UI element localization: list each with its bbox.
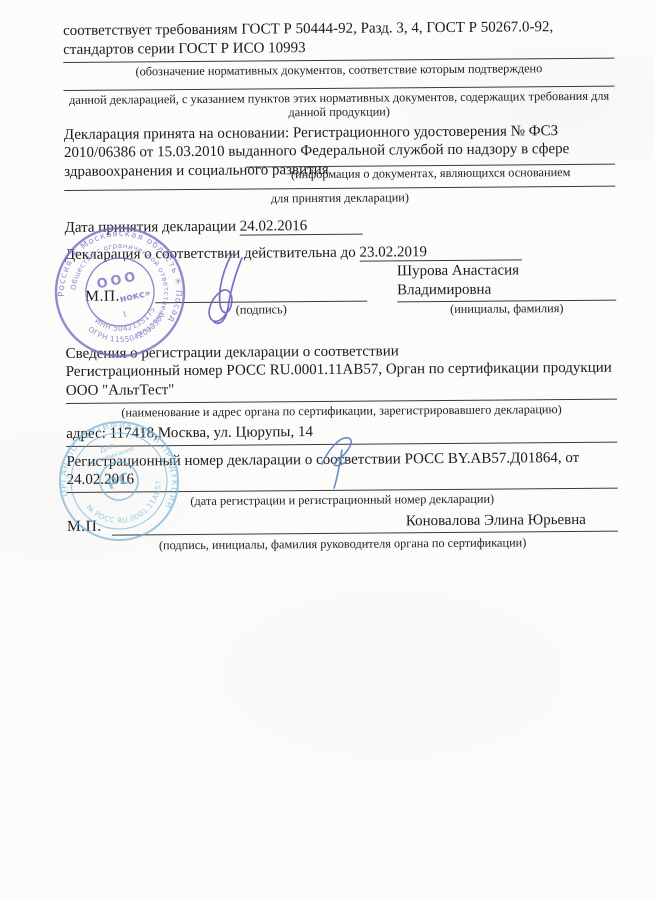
signature-line	[155, 268, 367, 303]
signer-name: Шурова Анастасия Владимировна	[397, 261, 616, 300]
signer-caption: (инициалы, фамилия)	[397, 300, 616, 316]
basis-caption-block-2: для принятия декларации)	[64, 186, 615, 208]
cert-head-signature-row: М.П. Коновалова Элина Юрьевна	[67, 511, 618, 536]
signer-name-line: Шурова Анастасия Владимировна	[397, 266, 616, 302]
signature-field: (подпись)	[155, 268, 367, 317]
acceptance-date-line: Дата принятия декларации 24.02.2016	[65, 215, 616, 238]
signature-caption: (подпись)	[155, 301, 367, 317]
org-caption-block: (наименование и адрес органа по сертифик…	[66, 399, 617, 421]
scanned-declaration-page: соответствует требованиям ГОСТ Р 50444-9…	[0, 0, 655, 900]
document-content: соответствует требованиям ГОСТ Р 50444-9…	[63, 18, 618, 554]
valid-until-value: 23.02.2019	[359, 243, 522, 261]
standards-caption-block-2: данной декларацией, с указанием пунктов …	[64, 85, 615, 121]
org-address-line: адрес: 117418,Москва, ул. Цюрупы, 14	[66, 421, 617, 447]
reg-decl-line: Регистрационный номер декларации о соотв…	[66, 448, 617, 493]
basis-caption-2: для принятия декларации)	[64, 187, 615, 208]
standards-caption-1: (обозначение нормативных документов, соо…	[63, 59, 614, 80]
mp-label-1: М.П.	[85, 270, 155, 306]
standards-caption-block-1: (обозначение нормативных документов, соо…	[63, 58, 614, 80]
standards-caption-2: данной декларацией, с указанием пунктов …	[64, 86, 615, 121]
acceptance-date-label: Дата принятия декларации	[65, 219, 236, 236]
declarant-signature-row: М.П. (подпись) Шурова Анастасия Владимир…	[65, 266, 616, 328]
cert-head-name: Коновалова Элина Юрьевна	[406, 512, 586, 529]
mp-label-2: М.П.	[67, 516, 102, 535]
basis-caption-1: (информация о документах, являющихся осн…	[246, 165, 615, 182]
standards-paragraph: соответствует требованиям ГОСТ Р 50444-9…	[63, 18, 614, 60]
reg-decl-caption: (дата регистрации и регистрационный номе…	[67, 488, 618, 509]
valid-until-label: Декларация о соответствии действительна …	[65, 245, 356, 263]
cert-head-signature-line: Коновалова Элина Юрьевна	[112, 511, 618, 536]
org-caption: (наименование и адрес органа по сертифик…	[66, 400, 617, 421]
acceptance-date-value: 24.02.2016	[240, 218, 363, 236]
reg-number-paragraph: Регистрационный номер РОСС RU.0001.11АВ5…	[66, 359, 617, 401]
signer-name-field: Шурова Анастасия Владимировна (инициалы,…	[397, 266, 616, 316]
